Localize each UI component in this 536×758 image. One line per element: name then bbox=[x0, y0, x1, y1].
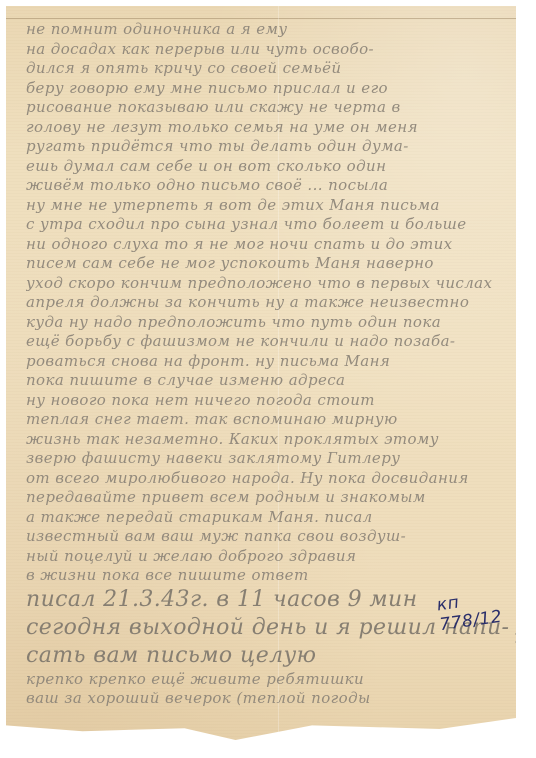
letter-line: ну нового пока нет ничего погода стоит bbox=[26, 391, 516, 411]
letter-line: зверю фашисту навеки заклятому Гитлеру bbox=[26, 449, 516, 469]
letter-line: ни одного слуха то я не мог ночи спать и… bbox=[26, 235, 516, 255]
letter-line: апреля должны за кончить ну а также неиз… bbox=[26, 293, 516, 313]
closing-line: ваш за хороший вечерок (теплой погоды bbox=[26, 689, 516, 709]
page-number: 10 bbox=[514, 631, 533, 647]
letter-line: известный вам ваш муж папка свои воздуш- bbox=[26, 527, 516, 547]
letter-line: ешь думал сам себе и он вот сколько один bbox=[26, 157, 516, 177]
paper-fold-line bbox=[6, 18, 516, 19]
letter-line: с утра сходил про сына узнал что болеет … bbox=[26, 215, 516, 235]
letter-line: роваться снова на фронт. ну письма Маня bbox=[26, 352, 516, 372]
closing-line: сать вам письмо целую bbox=[26, 642, 516, 670]
letter-line: уход скоро кончим предположено что в пер… bbox=[26, 274, 516, 294]
letter-line: теплая снег тает. так вспоминаю мирную bbox=[26, 410, 516, 430]
letter-line: ну мне не утерпеть я вот де этих Маня пи… bbox=[26, 196, 516, 216]
letter-line: беру говорю ему мне письмо прислал и его bbox=[26, 79, 516, 99]
letter-line: жизнь так незаметно. Каких проклятых это… bbox=[26, 430, 516, 450]
letter-line: не помнит одиночника а я ему bbox=[26, 20, 516, 40]
letter-line: ругать придётся что ты делать один дума- bbox=[26, 137, 516, 157]
letter-line: рисование показываю или скажу не черта в bbox=[26, 98, 516, 118]
letter-line: от всего миролюбивого народа. Ну пока до… bbox=[26, 469, 516, 489]
letter-line: пока пишите в случае изменю адреса bbox=[26, 371, 516, 391]
letter-line: на досадах как перерыв или чуть освобо- bbox=[26, 40, 516, 60]
letter-line: голову не лезут только семья на уме он м… bbox=[26, 118, 516, 138]
letter-line: в жизни пока все пишите ответ bbox=[26, 566, 516, 586]
letter-page: не помнит одиночника а я ему на досадах … bbox=[6, 6, 516, 740]
letter-line: куда ну надо предположить что путь один … bbox=[26, 313, 516, 333]
letter-line: ещё борьбу с фашизмом не кончили и надо … bbox=[26, 332, 516, 352]
letter-line: а также передай старикам Маня. писал bbox=[26, 508, 516, 528]
letter-line: живём только одно письмо своё ... посыла bbox=[26, 176, 516, 196]
closing-line: крепко крепко ещё живите ребятишки bbox=[26, 670, 516, 690]
letter-line: дился я опять кричу со своей семьёй bbox=[26, 59, 516, 79]
letter-line: писем сам себе не мог успокоить Маня нав… bbox=[26, 254, 516, 274]
letter-line: передавайте привет всем родным и знакомы… bbox=[26, 488, 516, 508]
letter-line: ный поцелуй и желаю доброго здравия bbox=[26, 547, 516, 567]
